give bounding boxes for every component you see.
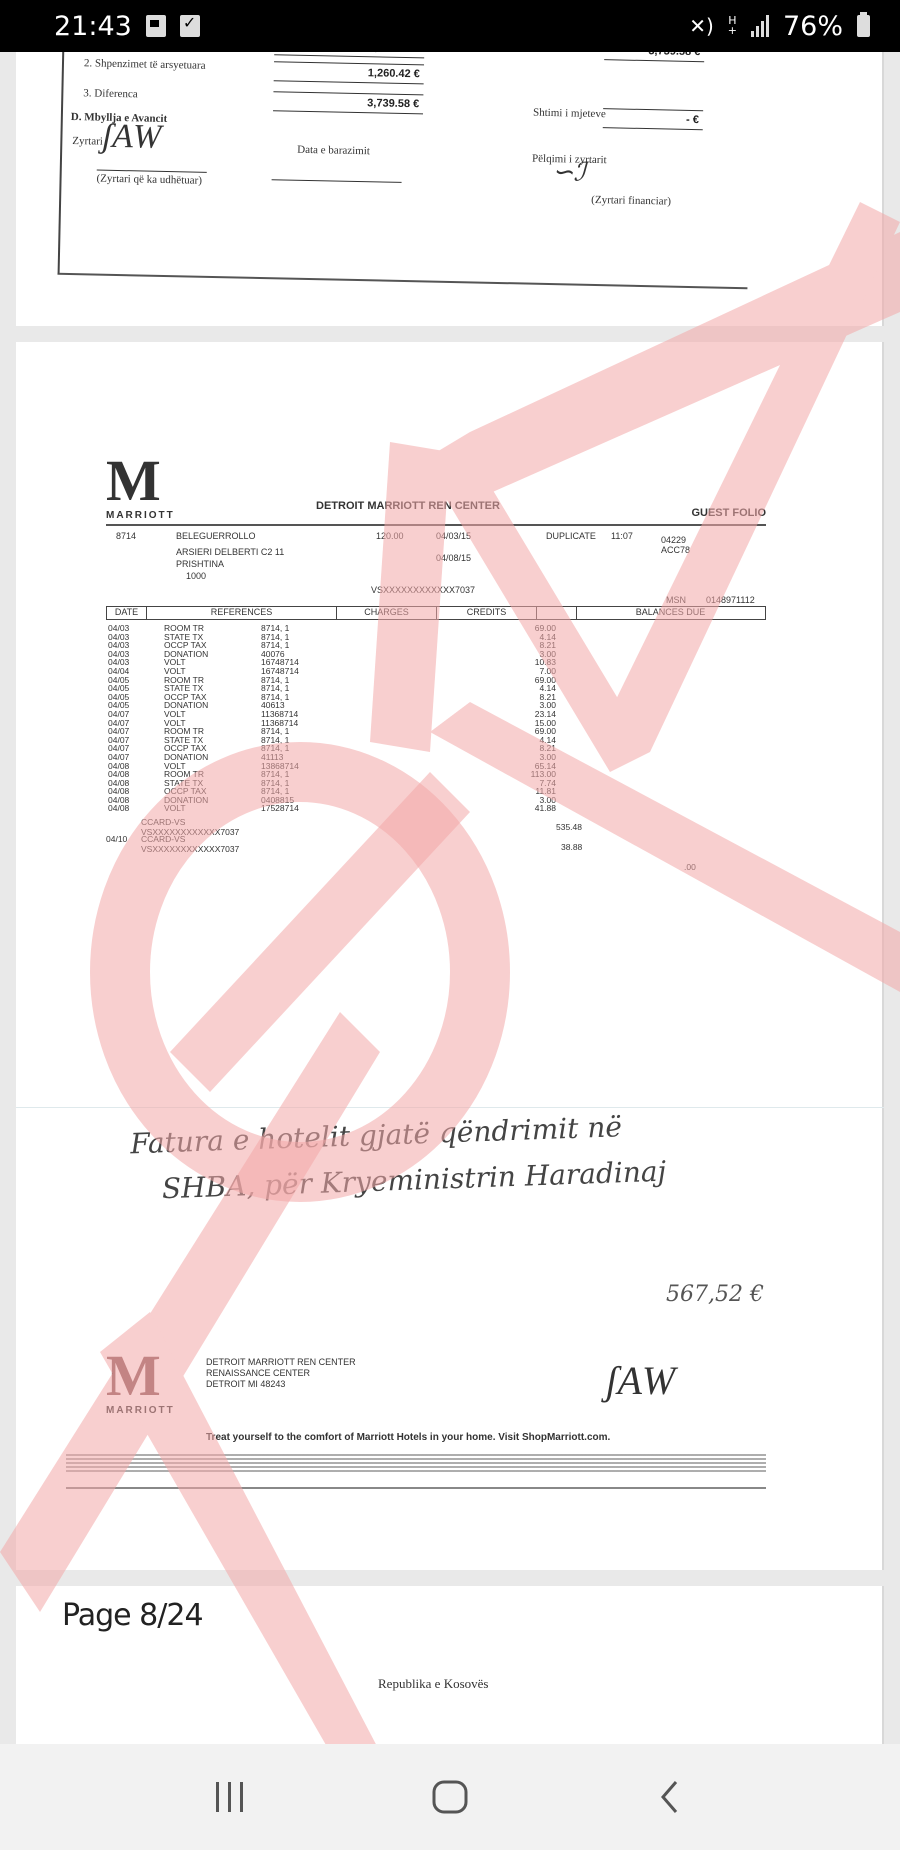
folio-row: 04/07VOLT1136871423.14 — [106, 710, 766, 719]
pdf-page-previous: 3,000.00 € 2. Shpenzimet të arsyetuara 1… — [16, 52, 884, 326]
room-number: 8714 — [116, 530, 136, 542]
divider — [106, 524, 766, 526]
gallery-icon — [146, 15, 166, 37]
pdf-page-current: M MARRIOTT DETROIT MARRIOTT REN CENTER G… — [16, 342, 884, 1570]
form-right-value-2: - € — [603, 108, 703, 130]
sig-label-1: Zyrtari — [72, 135, 103, 148]
next-page-heading: Republika e Kosovës — [378, 1676, 488, 1692]
company: ARSIERI DELBERTI C2 11 — [176, 546, 284, 558]
clock: 21:43 — [54, 11, 132, 42]
folio-row: 04/03ROOM TR8714, 169.00 — [106, 624, 766, 633]
divider — [16, 1107, 884, 1108]
form-label-2: 2. Shpenzimet të arsyetuara — [84, 57, 206, 72]
folio-row: 04/08ROOM TR8714, 1113.00 — [106, 770, 766, 779]
msn-label: MSN — [666, 594, 686, 606]
balance-due: .00 — [684, 862, 696, 872]
nav-bar — [0, 1744, 900, 1850]
divider — [272, 179, 402, 183]
folio-row: 04/04VOLT167487147.00 — [106, 667, 766, 676]
payment-1-credit: 535.48 — [556, 822, 582, 832]
folio-row: 04/07ROOM TR8714, 169.00 — [106, 727, 766, 736]
handwritten-amount: 567,52 € — [666, 1282, 764, 1307]
folio-row: 04/08DONATION04088153.00 — [106, 796, 766, 805]
payment-2-date: 04/10 — [106, 834, 127, 844]
folio-row: 04/05DONATION406133.00 — [106, 701, 766, 710]
home-icon — [431, 1779, 469, 1815]
form-value-1: 3,000.00 € — [274, 52, 424, 58]
city: PRISHTINA — [176, 558, 224, 570]
form-value-2: 1,260.42 € — [274, 61, 424, 84]
folio-column-headers: DATE REFERENCES CHARGES CREDITS BALANCES… — [106, 606, 766, 620]
handwritten-note: Fatura e hotelit gjatë qëndrimit në SHBA… — [130, 1103, 667, 1214]
promo-text: Treat yourself to the comfort of Marriot… — [206, 1432, 610, 1443]
status-bar: 21:43 ✕) H+ 76% — [0, 0, 900, 52]
form-right-label-2: Shtimi i mjeteve — [533, 107, 606, 121]
doc-type: GUEST FOLIO — [691, 507, 766, 519]
form-value-3: 3,739.58 € — [273, 91, 423, 114]
signature-2: ∽ℐ — [552, 157, 587, 188]
advance-form: 3,000.00 € 2. Shpenzimet të arsyetuara 1… — [58, 52, 753, 289]
back-icon — [658, 1779, 682, 1815]
depart-date: 04/08/15 — [436, 552, 471, 564]
folio-row: 04/07VOLT1136871415.00 — [106, 719, 766, 728]
folio-row: 04/03DONATION400763.00 — [106, 650, 766, 659]
account: ACC78 — [661, 544, 690, 556]
card-number: VSXXXXXXXXXXXX7037 — [371, 584, 475, 596]
zip: 1000 — [186, 570, 206, 582]
signature-1: ʃΑW — [102, 118, 162, 157]
marriott-logo: M MARRIOTT — [106, 1347, 186, 1416]
pdf-viewer[interactable]: 3,000.00 € 2. Shpenzimet të arsyetuara 1… — [0, 52, 900, 1744]
page-indicator: Page 8/24 — [62, 1598, 203, 1633]
hotel-name: DETROIT MARRIOTT REN CENTER — [316, 500, 500, 512]
rate: 120.00 — [376, 530, 404, 542]
msn-number: 0148971112 — [706, 594, 755, 606]
form-label-3: 3. Diferenca — [83, 87, 138, 100]
hotel-address: DETROIT MARRIOTT REN CENTER RENAISSANCE … — [206, 1357, 356, 1390]
h-plus-network-icon: H+ — [728, 16, 737, 36]
sig-label-3: Data e barazimit — [297, 144, 370, 158]
back-button[interactable] — [630, 1767, 710, 1827]
sig-label-5: (Zyrtari financiar) — [591, 194, 671, 208]
signature-3: ʃΑW — [606, 1357, 675, 1404]
marriott-logo: M MARRIOTT — [106, 452, 186, 521]
form-right-value-1: 3,739.58 € — [604, 52, 704, 62]
folio-entries: 04/03ROOM TR8714, 169.0004/03STATE TX871… — [106, 624, 766, 813]
guest-name: BELEGUERROLLO — [176, 530, 256, 542]
folio-row: 04/05ROOM TR8714, 169.00 — [106, 676, 766, 685]
duplicate-label: DUPLICATE — [546, 530, 596, 542]
recent-apps-button[interactable] — [190, 1767, 270, 1827]
payment-2-credit: 38.88 — [561, 842, 582, 852]
arrive-date: 04/03/15 — [436, 530, 471, 542]
fine-print — [66, 1452, 766, 1474]
battery-percent: 76% — [783, 11, 843, 42]
vibrate-mute-icon: ✕) — [689, 14, 714, 38]
signal-icon — [751, 15, 769, 37]
dup-time: 11:07 — [611, 530, 633, 542]
folio-row: 04/08VOLT1386871465.14 — [106, 762, 766, 771]
folio-row: 04/08VOLT1752871441.88 — [106, 804, 766, 813]
payment-2-desc: CCARD-VS VSXXXXXXXXXXXX7037 — [141, 834, 239, 854]
folio-row: 04/03VOLT1674871410.83 — [106, 658, 766, 667]
recent-apps-icon — [212, 1780, 248, 1814]
battery-icon — [857, 15, 870, 37]
home-button[interactable] — [410, 1767, 490, 1827]
folio-row: 04/07DONATION411133.00 — [106, 753, 766, 762]
sig-label-2: (Zyrtari që ka udhëtuar) — [96, 170, 206, 187]
checkbox-icon — [180, 15, 200, 37]
divider — [66, 1487, 766, 1489]
